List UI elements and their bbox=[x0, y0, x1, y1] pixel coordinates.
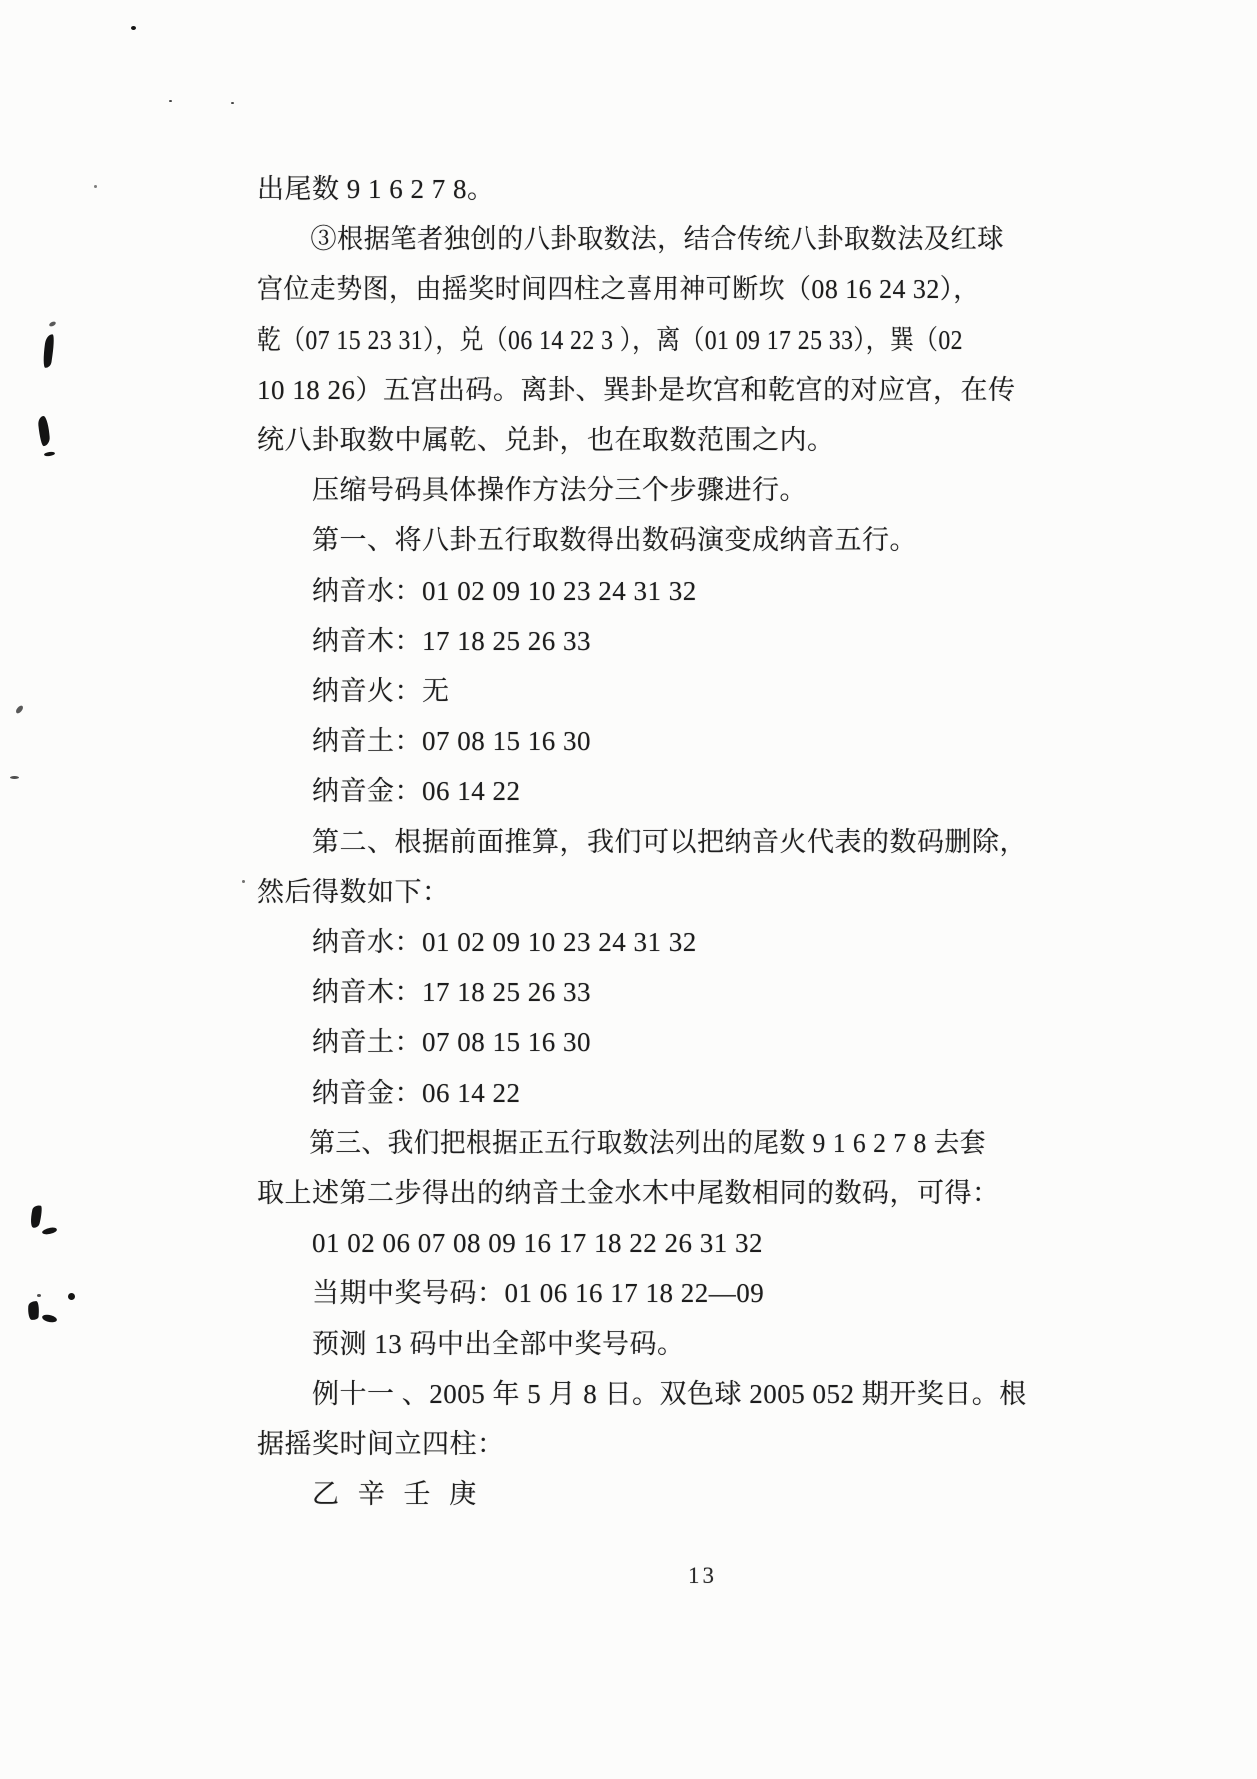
ink-smudge bbox=[29, 1204, 44, 1229]
text-line: 10 18 26）五宫出码。离卦、巽卦是坎宫和乾宫的对应宫，在传 bbox=[257, 365, 1057, 415]
page-number: 13 bbox=[688, 1563, 717, 1589]
ink-speck bbox=[15, 704, 25, 714]
ink-speck bbox=[68, 1293, 75, 1300]
text-line: 第一、将八卦五行取数得出数码演变成纳音五行。 bbox=[257, 515, 1057, 565]
ink-speck bbox=[94, 185, 97, 188]
ink-smudge bbox=[41, 1313, 57, 1324]
text-line: 纳音水：01 02 09 10 23 24 31 32 bbox=[257, 917, 1057, 967]
text-line: 出尾数 9 1 6 2 7 8。 bbox=[257, 164, 1057, 214]
body-text: 出尾数 9 1 6 2 7 8。 ③根据笔者独创的八卦取数法，结合传统八卦取数法… bbox=[257, 164, 1057, 1519]
text-line: 纳音木：17 18 25 26 33 bbox=[257, 616, 1057, 666]
ink-speck bbox=[37, 1294, 41, 1297]
ink-smudge bbox=[42, 334, 56, 369]
text-line: 统八卦取数中属乾、兑卦，也在取数范围之内。 bbox=[257, 415, 1057, 465]
ink-speck bbox=[10, 776, 19, 779]
ink-smudge bbox=[37, 416, 50, 447]
text-line: 纳音土：07 08 15 16 30 bbox=[257, 716, 1057, 766]
text-line: 纳音金：06 14 22 bbox=[257, 1068, 1057, 1118]
text-line: 乙 辛 壬 庚 bbox=[257, 1469, 1057, 1519]
text-line: 第二、根据前面推算，我们可以把纳音火代表的数码删除， bbox=[257, 817, 1057, 867]
ink-speck bbox=[169, 100, 172, 102]
ink-speck bbox=[242, 880, 245, 883]
text-line: 例十一 、2005 年 5 月 8 日。双色球 2005 052 期开奖日。根 bbox=[257, 1369, 1057, 1419]
ink-speck bbox=[231, 102, 234, 104]
text-line: 预测 13 码中出全部中奖号码。 bbox=[257, 1319, 1057, 1369]
text-line: 宫位走势图，由摇奖时间四柱之喜用神可断坎（08 16 24 32）， bbox=[257, 264, 1025, 314]
text-line: 乾（07 15 23 31），兑（06 14 22 3 ），离（01 09 17… bbox=[257, 315, 961, 365]
text-line: 第三、我们把根据正五行取数法列出的尾数 9 1 6 2 7 8 去套 bbox=[257, 1118, 1017, 1168]
ink-speck bbox=[131, 26, 136, 30]
text-line: 纳音木：17 18 25 26 33 bbox=[257, 967, 1057, 1017]
ink-smudge bbox=[44, 451, 55, 456]
text-line: 据摇奖时间立四柱： bbox=[257, 1419, 1057, 1469]
text-line: ③根据笔者独创的八卦取数法，结合传统八卦取数法及红球 bbox=[257, 214, 1033, 264]
ink-smudge bbox=[27, 1301, 39, 1321]
text-line: 取上述第二步得出的纳音土金水木中尾数相同的数码，可得： bbox=[257, 1168, 1057, 1218]
scanned-book-page: 出尾数 9 1 6 2 7 8。 ③根据笔者独创的八卦取数法，结合传统八卦取数法… bbox=[0, 0, 1257, 1779]
text-line: 纳音土：07 08 15 16 30 bbox=[257, 1017, 1057, 1067]
ink-smudge bbox=[48, 321, 56, 328]
text-line: 然后得数如下： bbox=[257, 867, 1057, 917]
ink-smudge bbox=[42, 1227, 58, 1236]
text-line: 纳音水：01 02 09 10 23 24 31 32 bbox=[257, 566, 1057, 616]
text-line: 当期中奖号码：01 06 16 17 18 22—09 bbox=[257, 1268, 1057, 1318]
text-line: 01 02 06 07 08 09 16 17 18 22 26 31 32 bbox=[257, 1218, 1057, 1268]
text-line: 纳音火：无 bbox=[257, 666, 1057, 716]
text-line: 压缩号码具体操作方法分三个步骤进行。 bbox=[257, 465, 1057, 515]
text-line: 纳音金：06 14 22 bbox=[257, 766, 1057, 816]
